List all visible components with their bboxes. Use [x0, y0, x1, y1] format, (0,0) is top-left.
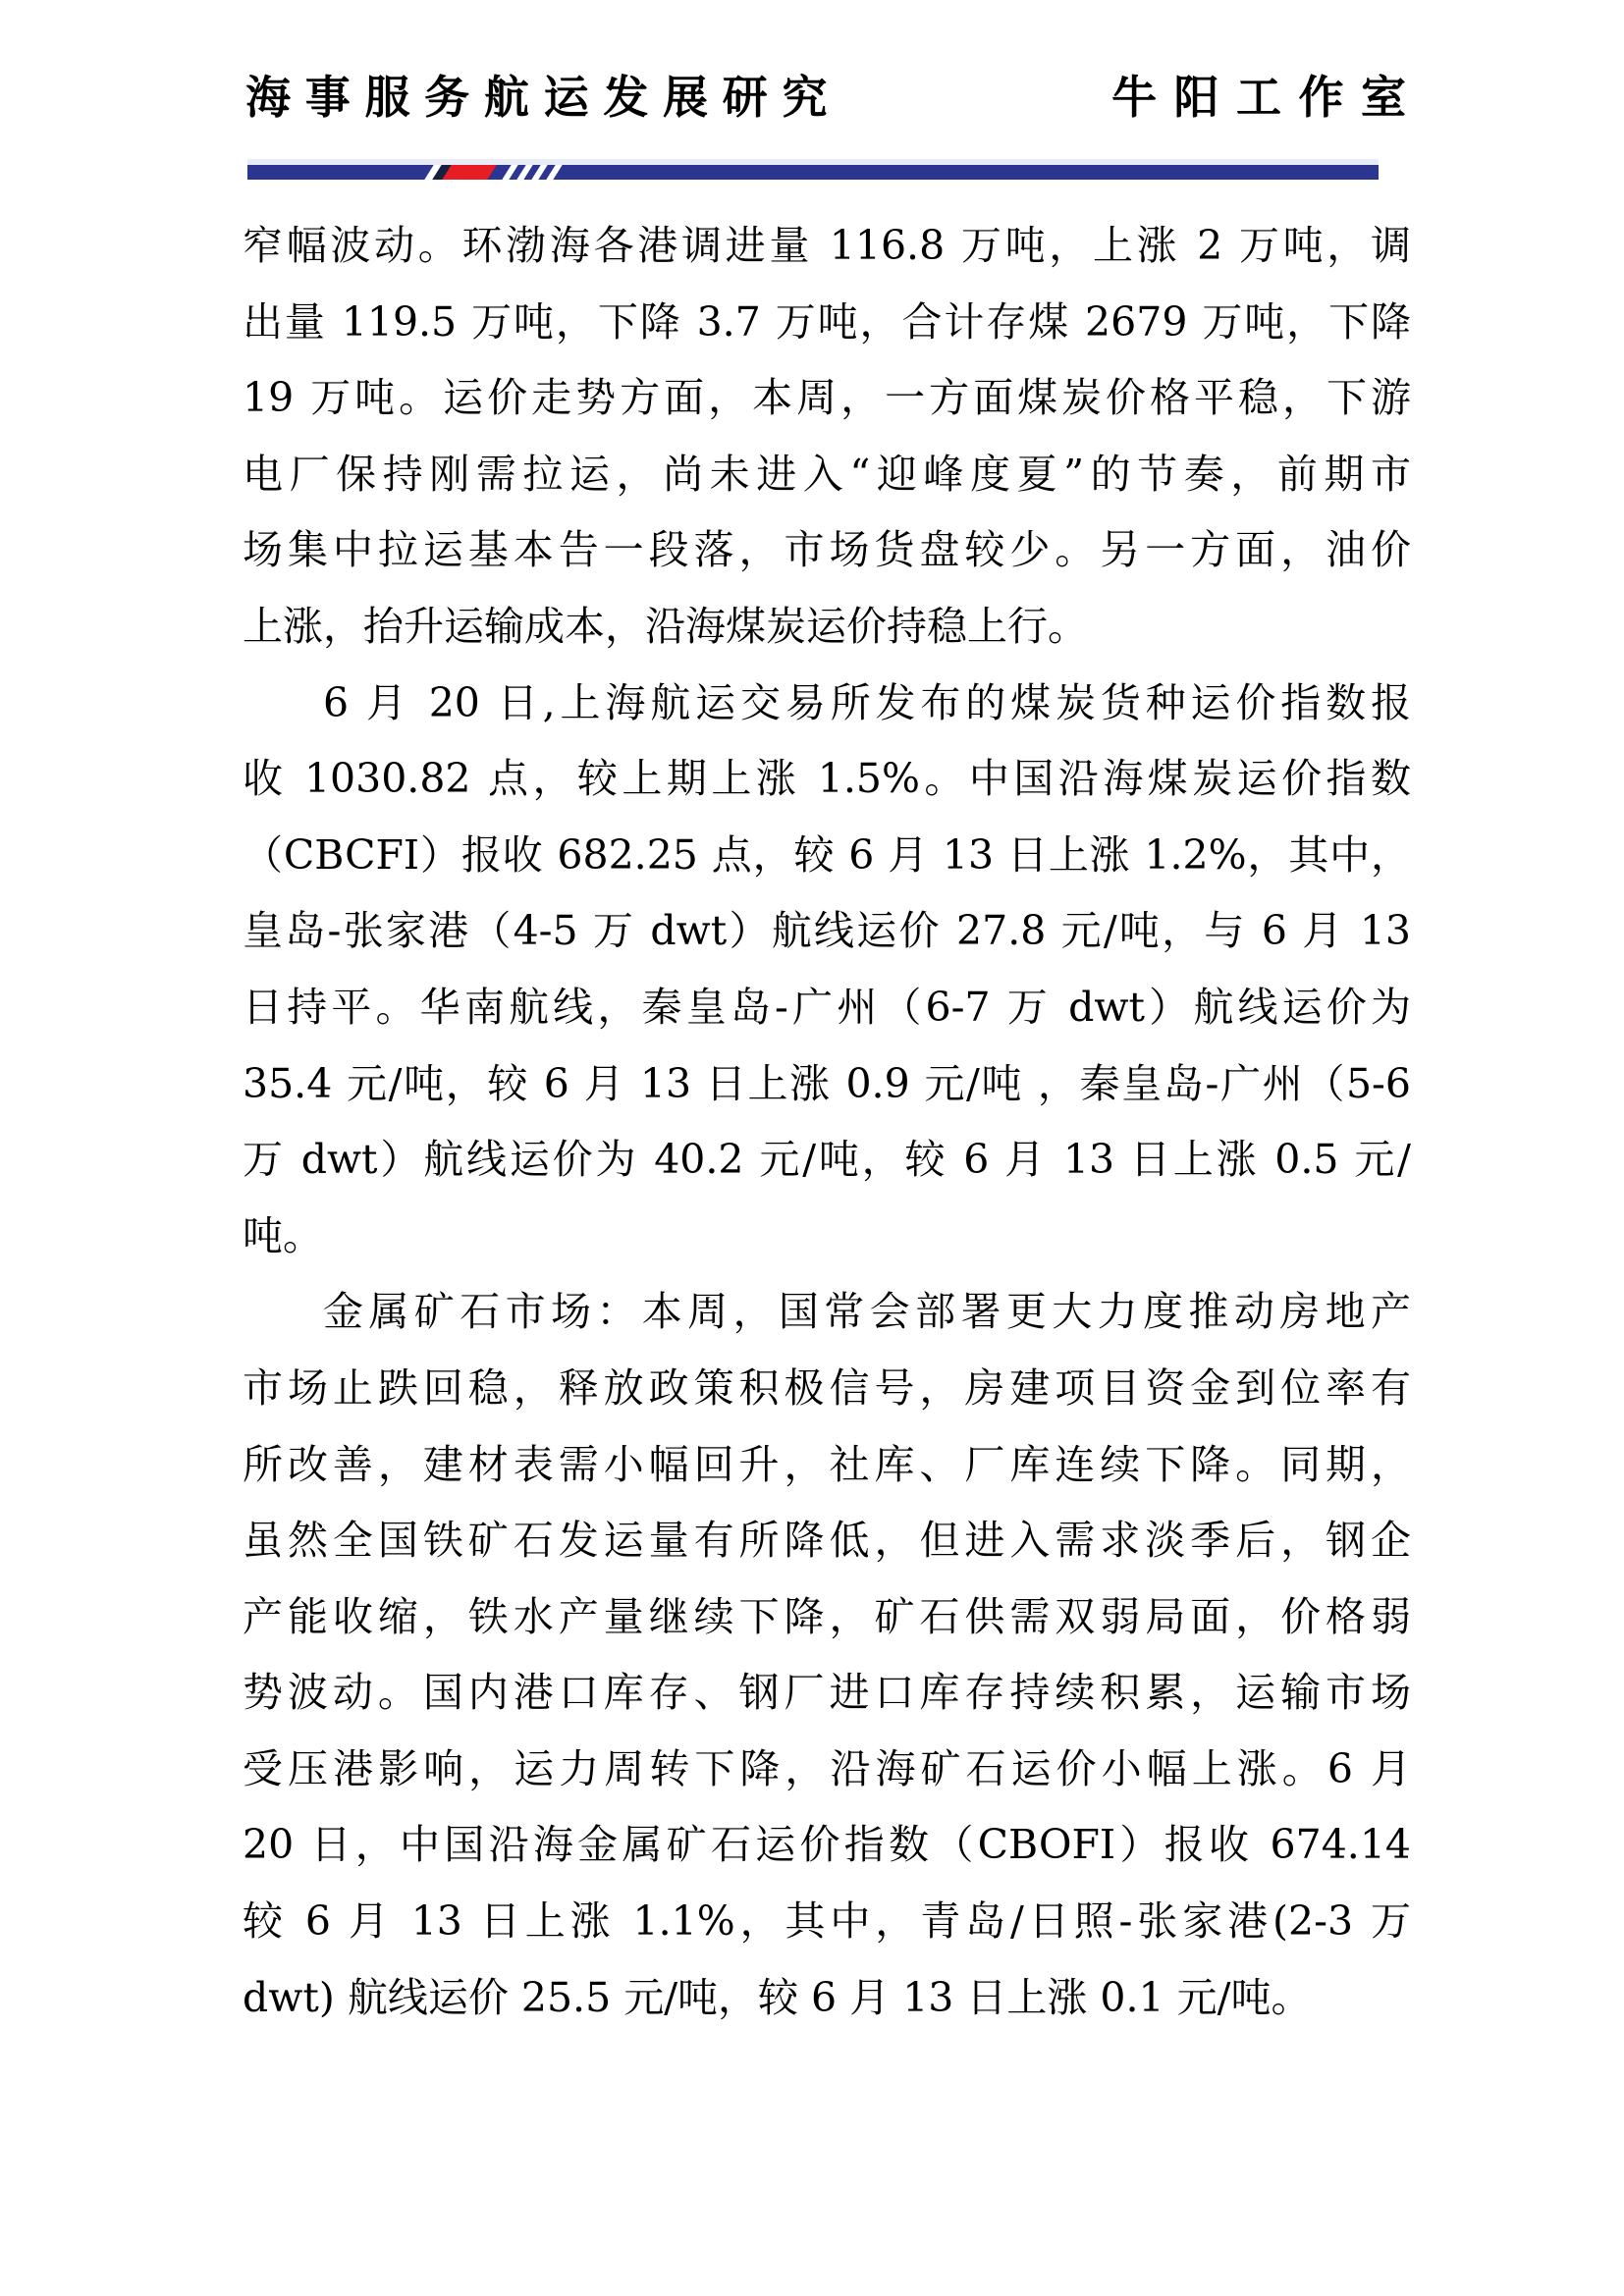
divider-stripe-white-icon	[544, 165, 565, 180]
body-line: 日持平。华南航线，秦皇岛-广州（6-7 万 dwt）航线运价为	[243, 970, 1411, 1046]
body-line: 窄幅波动。环渤海各港调进量 116.8 万吨，上涨 2 万吨，调	[243, 208, 1411, 285]
body-line: 19 万吨。运价走势方面，本周，一方面煤炭价格平稳，下游	[243, 360, 1411, 437]
body-line: 上涨，抬升运输成本，沿海煤炭运价持稳上行。	[243, 589, 1411, 666]
body-line: 吨。	[243, 1199, 1411, 1275]
body-line: 市场止跌回稳，释放政策积极信号，房建项目资金到位率有	[243, 1351, 1411, 1427]
document-body: 窄幅波动。环渤海各港调进量 116.8 万吨，上涨 2 万吨，调 出量 119.…	[243, 208, 1411, 2036]
body-line: 虽然全国铁矿石发运量有所降低，但进入需求淡季后，钢企	[243, 1503, 1411, 1579]
body-line: （CBCFI）报收 682.25 点，较 6 月 13 日上涨 1.2%，其中，…	[243, 818, 1411, 894]
body-line: 金属矿石市场：本周，国常会部署更大力度推动房地产	[243, 1274, 1411, 1351]
divider-bar	[247, 165, 1379, 180]
body-line: 所改善，建材表需小幅回升，社库、厂库连续下降。同期，	[243, 1427, 1411, 1504]
body-line: 电厂保持刚需拉运，尚未进入“迎峰度夏”的节奏，前期市	[243, 437, 1411, 513]
body-line: 受压港影响，运力周转下降，沿海矿石运价小幅上涨。6 月	[243, 1732, 1411, 1808]
body-line: 20 日，中国沿海金属矿石运价指数（CBOFI）报收 674.14 点，	[243, 1807, 1411, 1884]
header-divider	[247, 159, 1379, 180]
body-line: 产能收缩，铁水产量继续下降，矿石供需双弱局面，价格弱	[243, 1579, 1411, 1656]
body-line: 场集中拉运基本告一段落，市场货盘较少。另一方面，油价	[243, 512, 1411, 589]
body-line: 皇岛-张家港（4-5 万 dwt）航线运价 27.8 元/吨，与 6 月 13	[243, 893, 1411, 970]
body-line: 出量 119.5 万吨，下降 3.7 万吨，合计存煤 2679 万吨，下降	[243, 285, 1411, 361]
body-line: 势波动。国内港口库存、钢厂进口库存持续积累，运输市场	[243, 1655, 1411, 1732]
body-line: 万 dwt）航线运价为 40.2 元/吨，较 6 月 13 日上涨 0.5 元/	[243, 1122, 1411, 1199]
body-line: dwt) 航线运价 25.5 元/吨，较 6 月 13 日上涨 0.1 元/吨。	[243, 1960, 1411, 2037]
body-line: 较 6 月 13 日上涨 1.1%，其中，青岛/日照-张家港(2-3 万	[243, 1884, 1411, 1960]
body-line: 收 1030.82 点，较上期上涨 1.5%。中国沿海煤炭运价指数	[243, 741, 1411, 818]
document-page: 海事服务航运发展研究 牛阳工作室 窄幅波动。环渤海各港调进量 116.8 万吨，…	[0, 0, 1624, 2296]
body-line: 6 月 20 日,上海航运交易所发布的煤炭货种运价指数报	[243, 666, 1411, 742]
page-header: 海事服务航运发展研究 牛阳工作室	[245, 67, 1406, 128]
body-line: 35.4 元/吨，较 6 月 13 日上涨 0.9 元/吨 ，秦皇岛-广州（5-…	[243, 1046, 1411, 1123]
header-title-right: 牛阳工作室	[1111, 67, 1423, 128]
divider-slash-icon	[429, 165, 558, 180]
header-title-left: 海事服务航运发展研究	[245, 67, 841, 128]
